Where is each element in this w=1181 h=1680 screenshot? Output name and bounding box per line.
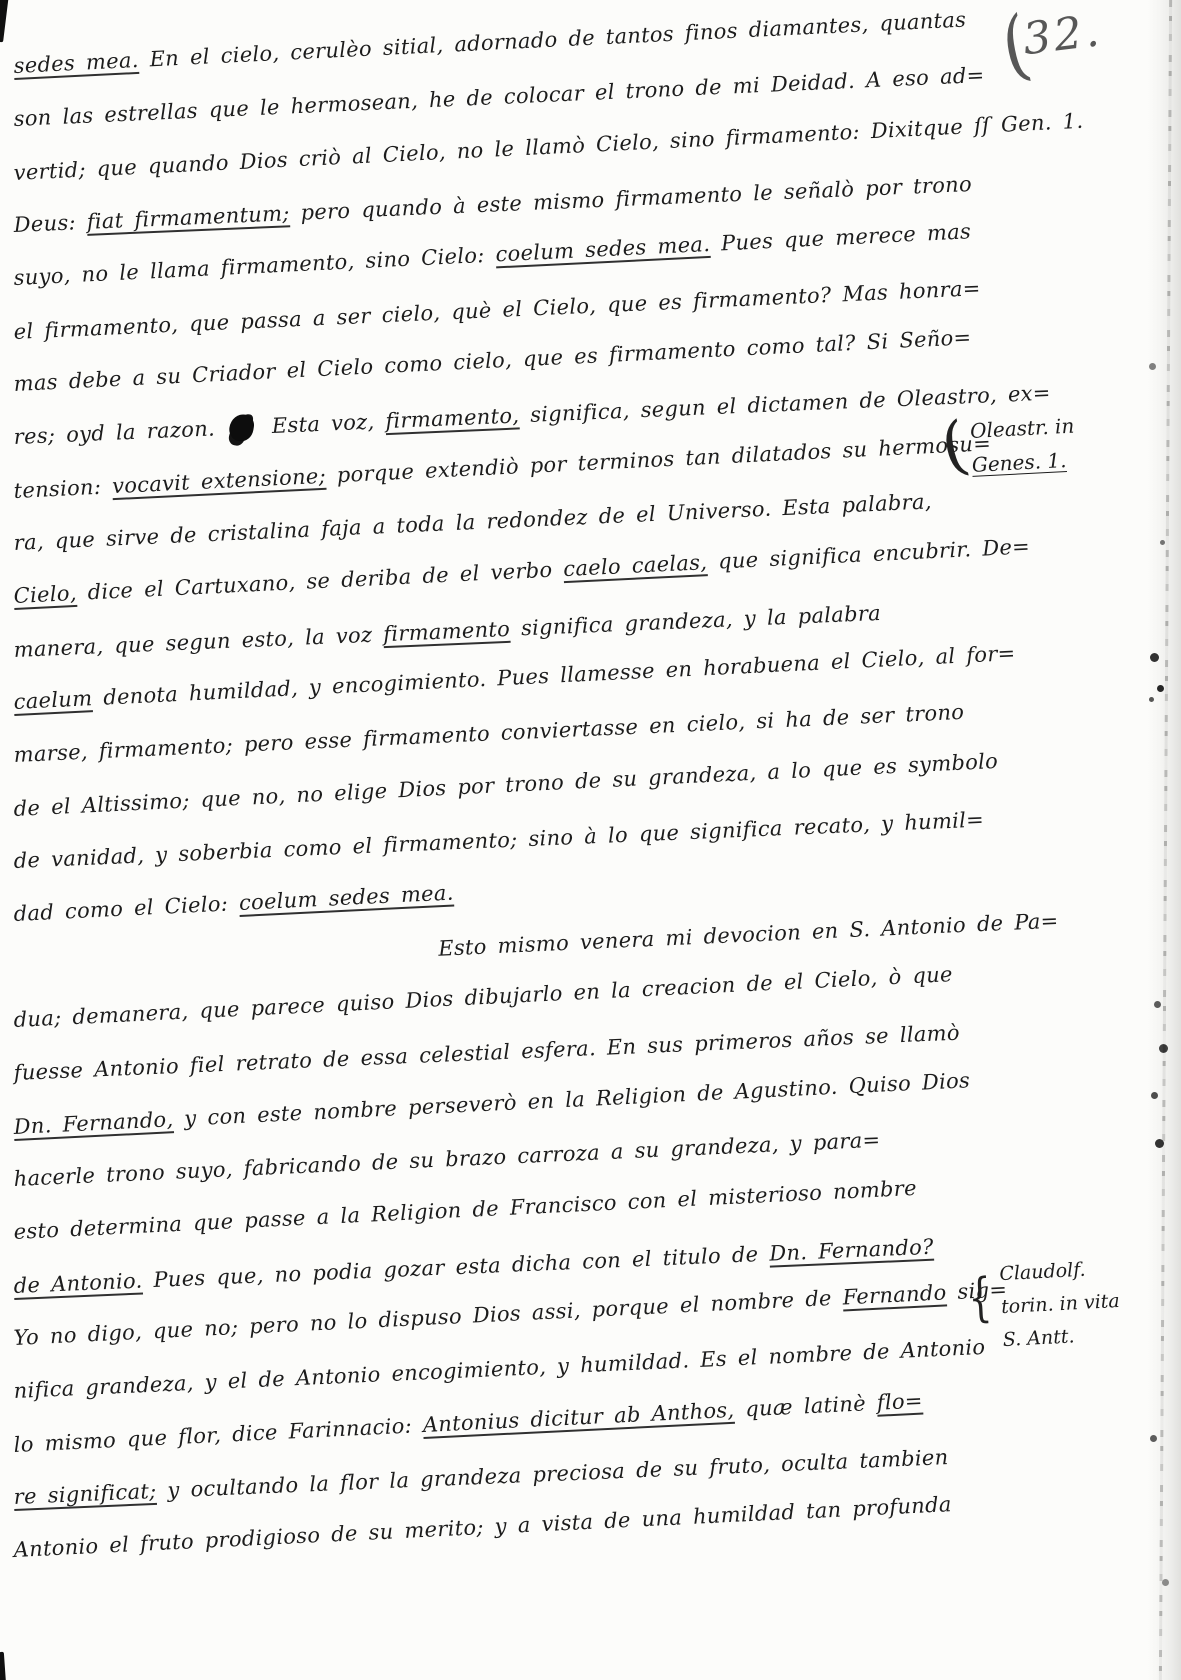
underlined-phrase: Dn. Fernando, [13, 1107, 174, 1139]
text-segment: lo mismo que flor, dice Farinnacio: [13, 1413, 423, 1457]
text-segment: tension: [13, 474, 113, 503]
underlined-phrase: de Antonio. [13, 1269, 143, 1298]
underlined-phrase: flo= [876, 1389, 923, 1415]
underlined-phrase: vocavit extensione; [112, 464, 327, 498]
underlined-phrase: Antonius dicitur ab Anthos, [422, 1398, 735, 1437]
underlined-phrase: firmamento, [385, 403, 520, 433]
text-segment: dice el Cartuxano, se deriba de el verbo [76, 557, 564, 605]
underlined-phrase: caelo caelas, [563, 550, 708, 581]
underlined-phrase: Dn. Fernando? [769, 1235, 934, 1266]
paper-torn-edge [1147, 0, 1181, 1680]
margin-note-vita-citation: { Claudolf. torin. in vita S. Antt. [962, 1252, 1123, 1359]
margin-note-line: S. Antt. [1002, 1318, 1122, 1357]
binding-mark-top-left [0, 0, 9, 42]
underlined-phrase: re significat; [13, 1479, 157, 1509]
manuscript-text-block: sedes mea. En el cielo, cerulèo sitial, … [14, 40, 966, 1577]
underlined-phrase: coelum sedes mea. [495, 232, 711, 266]
underlined-phrase: caelum [13, 686, 93, 714]
margin-note-line: Oleastr. in [969, 409, 1075, 448]
underlined-phrase: coelum sedes mea. [238, 881, 454, 915]
text-segment: significa grandeza, y la palabra [510, 601, 882, 641]
manuscript-page: (32. sedes mea. En el cielo, cerulèo sit… [0, 0, 1181, 1680]
text-segment: Pues que merece mas [710, 219, 972, 256]
underlined-phrase: Cielo, [13, 581, 77, 608]
underlined-phrase: fiat firmamentum; [86, 201, 290, 234]
underlined-phrase: Fernando [842, 1280, 947, 1309]
text-segment: dad como el Cielo: [13, 891, 239, 926]
folio-digits: 32. [1020, 5, 1105, 65]
text-segment: que significa encubrir. De= [707, 534, 1031, 574]
underlined-phrase: firmamento [383, 617, 511, 646]
margin-note-line: torin. in vita [1000, 1285, 1120, 1324]
text-segment: res; oyd la razon. [13, 416, 226, 449]
text-segment: Esta voz, [260, 409, 386, 438]
margin-note-text: Claudolf. torin. in vita S. Antt. [999, 1252, 1123, 1357]
ink-blot [228, 412, 256, 443]
text-segment: manera, que segun esto, la voz [13, 622, 384, 662]
underlined-phrase: sedes mea. [13, 48, 139, 78]
margin-note-bracket-icon: { [966, 1259, 993, 1338]
margin-note-line: Genes. 1. [971, 443, 1077, 482]
text-segment: Esto mismo venera mi devocion en S. Anto… [438, 909, 1059, 961]
edge-ink-specks [0, 0, 5, 5]
margin-note-oleaster-citation: ( Oleastr. in Genes. 1. [940, 409, 1077, 484]
margin-note-text: Oleastr. in Genes. 1. [969, 409, 1077, 482]
text-segment: Deus: [13, 210, 87, 237]
text-segment: quæ latinè [734, 1391, 878, 1422]
folio-number: (32. [998, 0, 1107, 87]
text-segment: suyo, no le llama firmamento, sino Cielo… [13, 242, 496, 290]
binding-mark-bottom-left [0, 1652, 6, 1680]
